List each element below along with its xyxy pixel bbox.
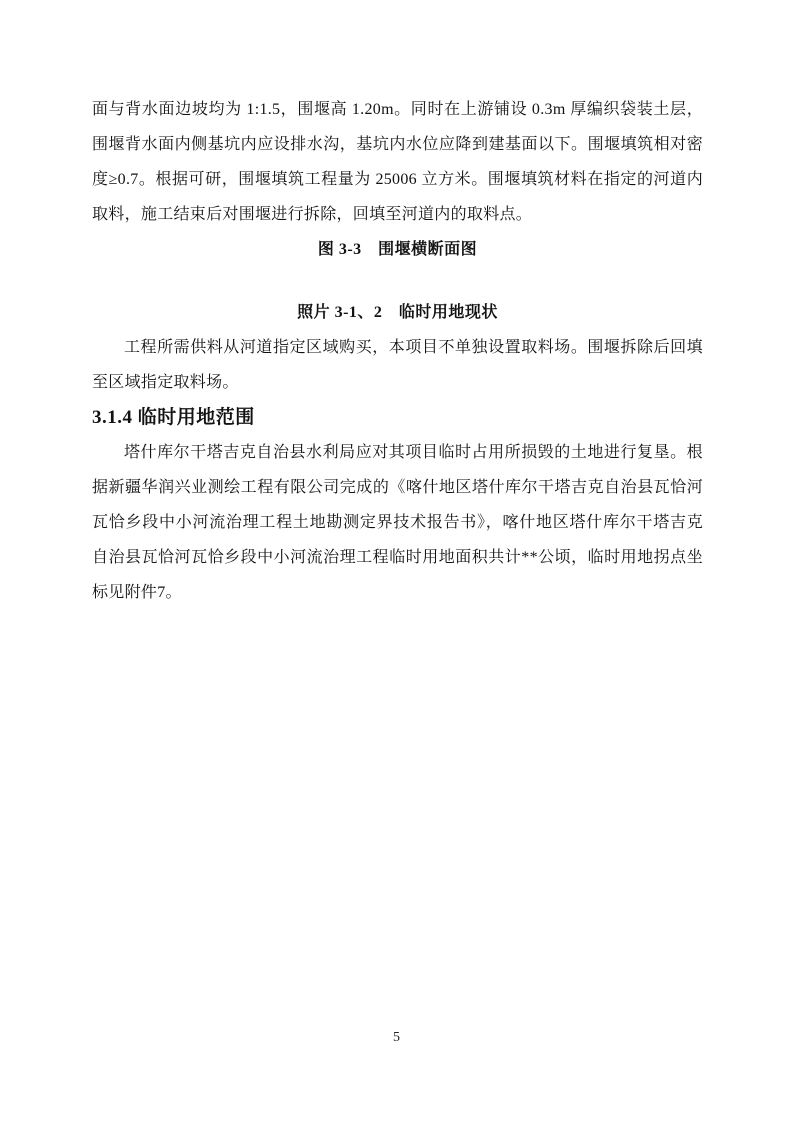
document-page: 面与背水面边坡均为 1:1.5，围堰高 1.20m。同时在上游铺设 0.3m 厚… [0,0,793,1122]
paragraph-cofferdam-construction: 面与背水面边坡均为 1:1.5，围堰高 1.20m。同时在上游铺设 0.3m 厚… [92,92,703,232]
page-content: 面与背水面边坡均为 1:1.5，围堰高 1.20m。同时在上游铺设 0.3m 厚… [92,92,703,610]
figure-caption: 图 3-3 围堰横断面图 [92,232,703,267]
paragraph-material-supply: 工程所需供料从河道指定区域购买，本项目不单独设置取料场。围堰拆除后回填至区域指定… [92,330,703,400]
page-number: 5 [0,1028,793,1048]
section-heading-temporary-land-scope: 3.1.4 临时用地范围 [92,400,703,435]
photo-caption: 照片 3-1、2 临时用地现状 [92,295,703,330]
paragraph-temporary-land-scope: 塔什库尔干塔吉克自治县水利局应对其项目临时占用所损毁的土地进行复垦。根据新疆华润… [92,435,703,610]
